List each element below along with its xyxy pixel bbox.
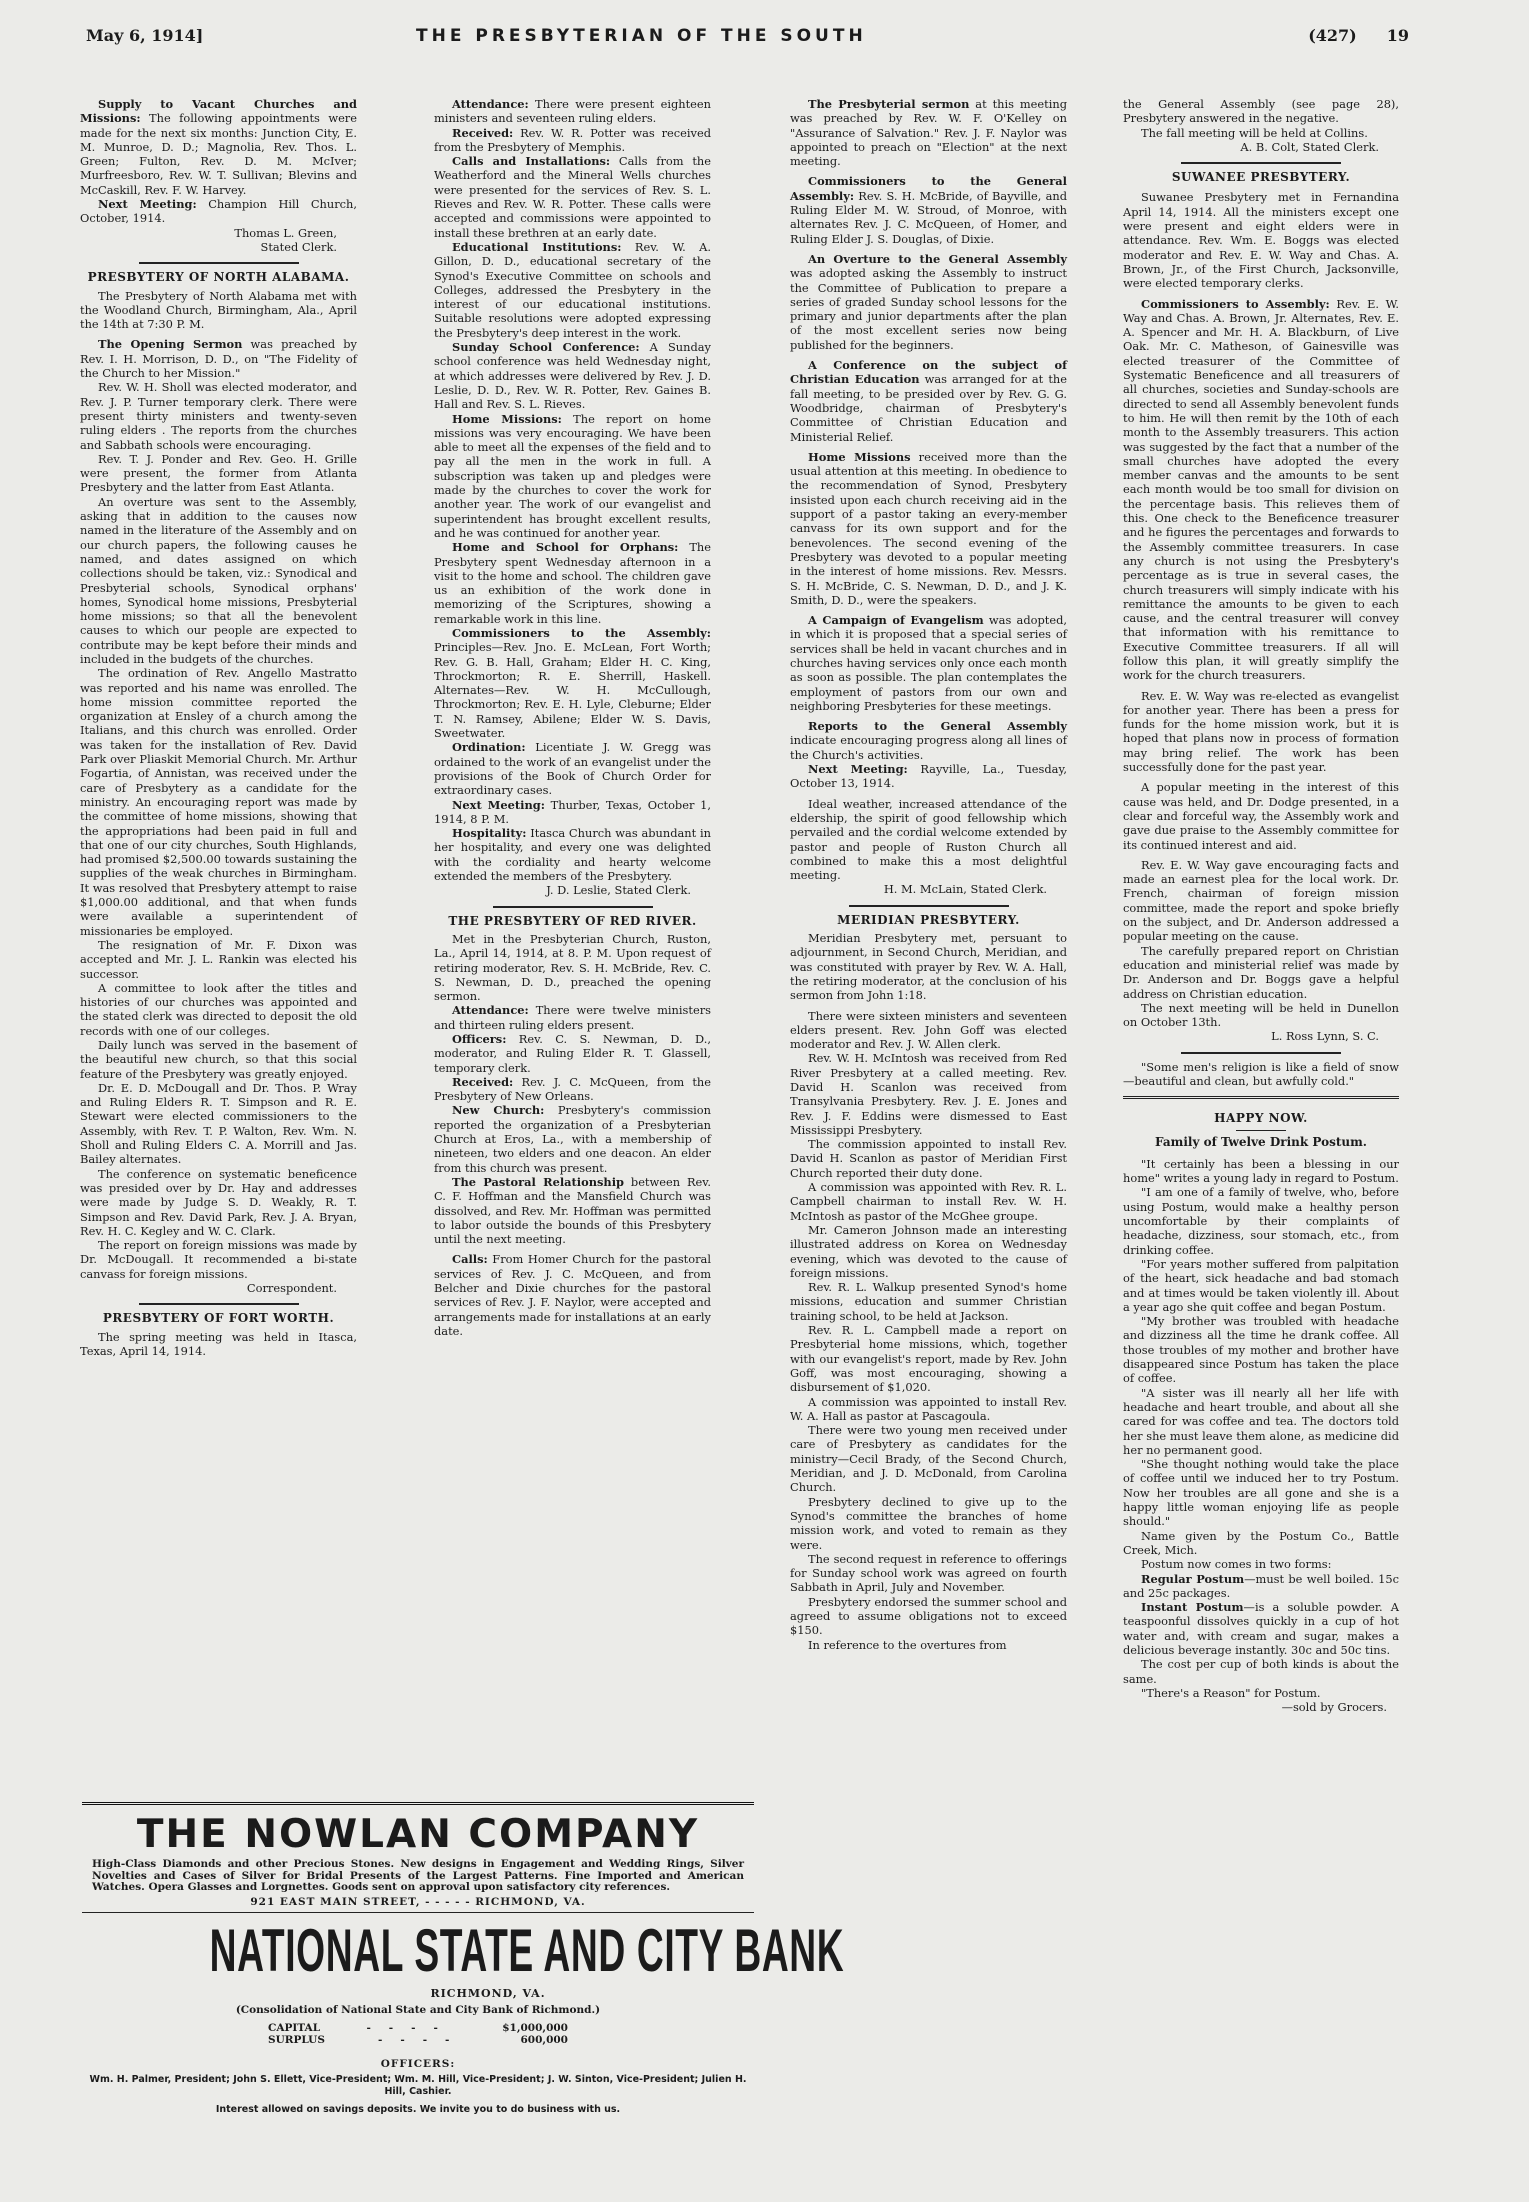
page-numbers: (427)19 xyxy=(1278,26,1409,45)
newspaper-page: May 6, 1914] THE PRESBYTERIAN OF THE SOU… xyxy=(0,0,1529,2202)
paragraph: "For years mother suffered from palpitat… xyxy=(1123,1257,1399,1314)
paragraph: The fall meeting will be held at Collins… xyxy=(1123,126,1399,140)
divider xyxy=(82,1912,754,1913)
paragraph: Daily lunch was served in the basement o… xyxy=(80,1038,357,1081)
column-1: Supply to Vacant Churches and Missions: … xyxy=(80,97,357,1358)
paragraph: The cost per cup of both kinds is about … xyxy=(1123,1657,1399,1686)
paragraph: Received: Rev. W. R. Potter was received… xyxy=(434,126,711,155)
paragraph: Next Meeting: Rayville, La., Tuesday, Oc… xyxy=(790,762,1067,791)
capital-row: CAPITAL----$1,000,000 xyxy=(268,2022,568,2034)
paragraph: Hospitality: Itasca Church was abundant … xyxy=(434,826,711,883)
paragraph: Home Missions: The report on home missio… xyxy=(434,412,711,541)
ad-subheading: Family of Twelve Drink Postum. xyxy=(1123,1135,1399,1149)
column-4: the General Assembly (see page 28), Pres… xyxy=(1123,97,1399,1714)
paragraph: The commission appointed to install Rev.… xyxy=(790,1137,1067,1180)
paragraph: The Presbyterial sermon at this meeting … xyxy=(790,97,1067,168)
paragraph: In reference to the overtures from xyxy=(790,1638,1067,1652)
paragraph: Calls and Installations: Calls from the … xyxy=(434,154,711,240)
paragraph: "My brother was troubled with headache a… xyxy=(1123,1314,1399,1385)
paragraph: Commissioners to Assembly: Rev. E. W. Wa… xyxy=(1123,297,1399,683)
paragraph: "It certainly has been a blessing in our… xyxy=(1123,1157,1399,1186)
paragraph: An Overture to the General Assembly was … xyxy=(790,252,1067,352)
paragraph: Rev. E. W. Way was re-elected as evangel… xyxy=(1123,689,1399,775)
paragraph: A committee to look after the titles and… xyxy=(80,981,357,1038)
ad-body: High-Class Diamonds and other Precious S… xyxy=(82,1857,754,1894)
section-heading: PRESBYTERY OF NORTH ALABAMA. xyxy=(80,270,357,284)
ad-consolidation: (Consolidation of National State and Cit… xyxy=(82,2004,754,2016)
signature: —sold by Grocers. xyxy=(1123,1700,1399,1714)
paragraph: "She thought nothing would take the plac… xyxy=(1123,1457,1399,1528)
officers-heading: OFFICERS: xyxy=(82,2058,754,2070)
quote: "Some men's religion is like a field of … xyxy=(1123,1060,1399,1089)
paragraph: Ideal weather, increased attendance of t… xyxy=(790,797,1067,883)
paragraph: Rev. W. H. McIntosh was received from Re… xyxy=(790,1051,1067,1137)
paragraph: Rev. E. W. Way gave encouraging facts an… xyxy=(1123,858,1399,944)
paragraph: The spring meeting was held in Itasca, T… xyxy=(80,1330,357,1359)
divider xyxy=(1181,162,1341,164)
signature-title: Stated Clerk. xyxy=(80,240,357,254)
paragraph: Met in the Presbyterian Church, Ruston, … xyxy=(434,932,711,1003)
nowlan-ad: THE NOWLAN COMPANY High-Class Diamonds a… xyxy=(82,1813,754,1908)
paragraph: "There's a Reason" for Postum. xyxy=(1123,1686,1399,1700)
paragraph: The ordination of Rev. Angello Mastratto… xyxy=(80,666,357,938)
paragraph: Mr. Cameron Johnson made an interesting … xyxy=(790,1223,1067,1280)
paragraph: A commission was appointed to install Re… xyxy=(790,1395,1067,1424)
signature: L. Ross Lynn, S. C. xyxy=(1123,1029,1399,1043)
paragraph: Rev. R. L. Walkup presented Synod's home… xyxy=(790,1280,1067,1323)
volume-page: (427) xyxy=(1308,26,1357,45)
paragraph: Home and School for Orphans: The Presbyt… xyxy=(434,540,711,626)
divider xyxy=(493,906,653,908)
paragraph: A popular meeting in the interest of thi… xyxy=(1123,780,1399,851)
advertisements: THE NOWLAN COMPANY High-Class Diamonds a… xyxy=(82,1802,754,2115)
paragraph: There were sixteen ministers and sevente… xyxy=(790,1009,1067,1052)
paragraph: Postum now comes in two forms: xyxy=(1123,1557,1399,1571)
issue-date: May 6, 1914] xyxy=(86,26,203,45)
paragraph: Attendance: There were present eighteen … xyxy=(434,97,711,126)
paragraph: Suwanee Presbytery met in Fernandina Apr… xyxy=(1123,190,1399,290)
page-header: May 6, 1914] THE PRESBYTERIAN OF THE SOU… xyxy=(86,26,1409,50)
paragraph: A commission was appointed with Rev. R. … xyxy=(790,1180,1067,1223)
paragraph: The resignation of Mr. F. Dixon was acce… xyxy=(80,938,357,981)
paragraph: The second request in reference to offer… xyxy=(790,1552,1067,1595)
ad-address: 921 EAST MAIN STREET, - - - - - RICHMOND… xyxy=(82,1896,754,1908)
ad-title: NATIONAL STATE AND CITY BANK xyxy=(210,1919,627,1983)
divider xyxy=(849,905,1009,907)
paragraph: Dr. E. D. McDougall and Dr. Thos. P. Wra… xyxy=(80,1081,357,1167)
publication-title: THE PRESBYTERIAN OF THE SOUTH xyxy=(416,26,867,46)
paragraph: Name given by the Postum Co., Battle Cre… xyxy=(1123,1529,1399,1558)
paragraph: Officers: Rev. C. S. Newman, D. D., mode… xyxy=(434,1032,711,1075)
signature: Thomas L. Green, xyxy=(80,226,357,240)
double-divider xyxy=(1123,1096,1399,1101)
divider xyxy=(139,262,299,264)
paragraph: Next Meeting: Champion Hill Church, Octo… xyxy=(80,197,357,226)
page-number: 19 xyxy=(1387,26,1409,45)
paragraph: Home Missions received more than the usu… xyxy=(790,450,1067,607)
paragraph: Received: Rev. J. C. McQueen, from the P… xyxy=(434,1075,711,1104)
signature: Correspondent. xyxy=(80,1281,357,1295)
paragraph: Next Meeting: Thurber, Texas, October 1,… xyxy=(434,798,711,827)
paragraph: Rev. W. H. Sholl was elected moderator, … xyxy=(80,380,357,451)
paragraph: New Church: Presbytery's commission repo… xyxy=(434,1103,711,1174)
paragraph: The Opening Sermon was preached by Rev. … xyxy=(80,337,357,380)
ad-footer: Interest allowed on savings deposits. We… xyxy=(82,2104,754,2115)
paragraph: the General Assembly (see page 28), Pres… xyxy=(1123,97,1399,126)
divider xyxy=(139,1303,299,1305)
paragraph: Calls: From Homer Church for the pastora… xyxy=(434,1252,711,1338)
bank-ad: NATIONAL STATE AND CITY BANK RICHMOND, V… xyxy=(82,1919,754,2115)
ad-city: RICHMOND, VA. xyxy=(82,1987,754,2000)
paragraph: An overture was sent to the Assembly, as… xyxy=(80,495,357,667)
paragraph: Commissioners to the Assembly: Principle… xyxy=(434,626,711,740)
paragraph: Supply to Vacant Churches and Missions: … xyxy=(80,97,357,197)
paragraph: Educational Institutions: Rev. W. A. Gil… xyxy=(434,240,711,340)
paragraph: The next meeting will be held in Dunello… xyxy=(1123,1001,1399,1030)
paragraph: "I am one of a family of twelve, who, be… xyxy=(1123,1185,1399,1256)
paragraph: Ordination: Licentiate J. W. Gregg was o… xyxy=(434,740,711,797)
section-heading: THE PRESBYTERY OF RED RIVER. xyxy=(434,914,711,928)
surplus-row: SURPLUS----600,000 xyxy=(268,2034,568,2046)
ad-title: THE NOWLAN COMPANY xyxy=(82,1813,754,1857)
paragraph: Commissioners to the General Assembly: R… xyxy=(790,174,1067,245)
paragraph: The conference on systematic beneficence… xyxy=(80,1167,357,1238)
ad-heading: HAPPY NOW. xyxy=(1123,1111,1399,1125)
double-divider xyxy=(82,1802,754,1807)
signature: H. M. McLain, Stated Clerk. xyxy=(790,882,1067,896)
paragraph: Presbytery endorsed the summer school an… xyxy=(790,1595,1067,1638)
section-heading: SUWANEE PRESBYTERY. xyxy=(1123,170,1399,184)
paragraph: A Campaign of Evangelism was adopted, in… xyxy=(790,613,1067,713)
section-heading: MERIDIAN PRESBYTERY. xyxy=(790,913,1067,927)
paragraph: There were two young men received under … xyxy=(790,1423,1067,1494)
paragraph: The Pastoral Relationship between Rev. C… xyxy=(434,1175,711,1246)
paragraph: A Conference on the subject of Christian… xyxy=(790,358,1067,444)
paragraph: Reports to the General Assembly indicate… xyxy=(790,719,1067,762)
paragraph: Regular Postum—must be well boiled. 15c … xyxy=(1123,1572,1399,1601)
section-heading: PRESBYTERY OF FORT WORTH. xyxy=(80,1311,357,1325)
officers-list: Wm. H. Palmer, President; John S. Ellett… xyxy=(82,2074,754,2098)
paragraph: Instant Postum—is a soluble powder. A te… xyxy=(1123,1600,1399,1657)
divider xyxy=(1236,1130,1286,1131)
column-3: The Presbyterial sermon at this meeting … xyxy=(790,97,1067,1652)
paragraph: Attendance: There were twelve ministers … xyxy=(434,1003,711,1032)
paragraph: Rev. R. L. Campbell made a report on Pre… xyxy=(790,1323,1067,1394)
signature: A. B. Colt, Stated Clerk. xyxy=(1123,140,1399,154)
paragraph: The report on foreign missions was made … xyxy=(80,1238,357,1281)
column-2: Attendance: There were present eighteen … xyxy=(434,97,711,1897)
paragraph: The Presbytery of North Alabama met with… xyxy=(80,289,357,332)
paragraph: Sunday School Conference: A Sunday schoo… xyxy=(434,340,711,411)
paragraph: Rev. T. J. Ponder and Rev. Geo. H. Grill… xyxy=(80,452,357,495)
paragraph: "A sister was ill nearly all her life wi… xyxy=(1123,1386,1399,1457)
divider xyxy=(1181,1052,1341,1054)
paragraph: Presbytery declined to give up to the Sy… xyxy=(790,1495,1067,1552)
signature: J. D. Leslie, Stated Clerk. xyxy=(434,883,711,897)
bank-financials: CAPITAL----$1,000,000 SURPLUS----600,000 xyxy=(268,2022,568,2046)
paragraph: The carefully prepared report on Christi… xyxy=(1123,944,1399,1001)
paragraph: Meridian Presbytery met, persuant to adj… xyxy=(790,931,1067,1002)
